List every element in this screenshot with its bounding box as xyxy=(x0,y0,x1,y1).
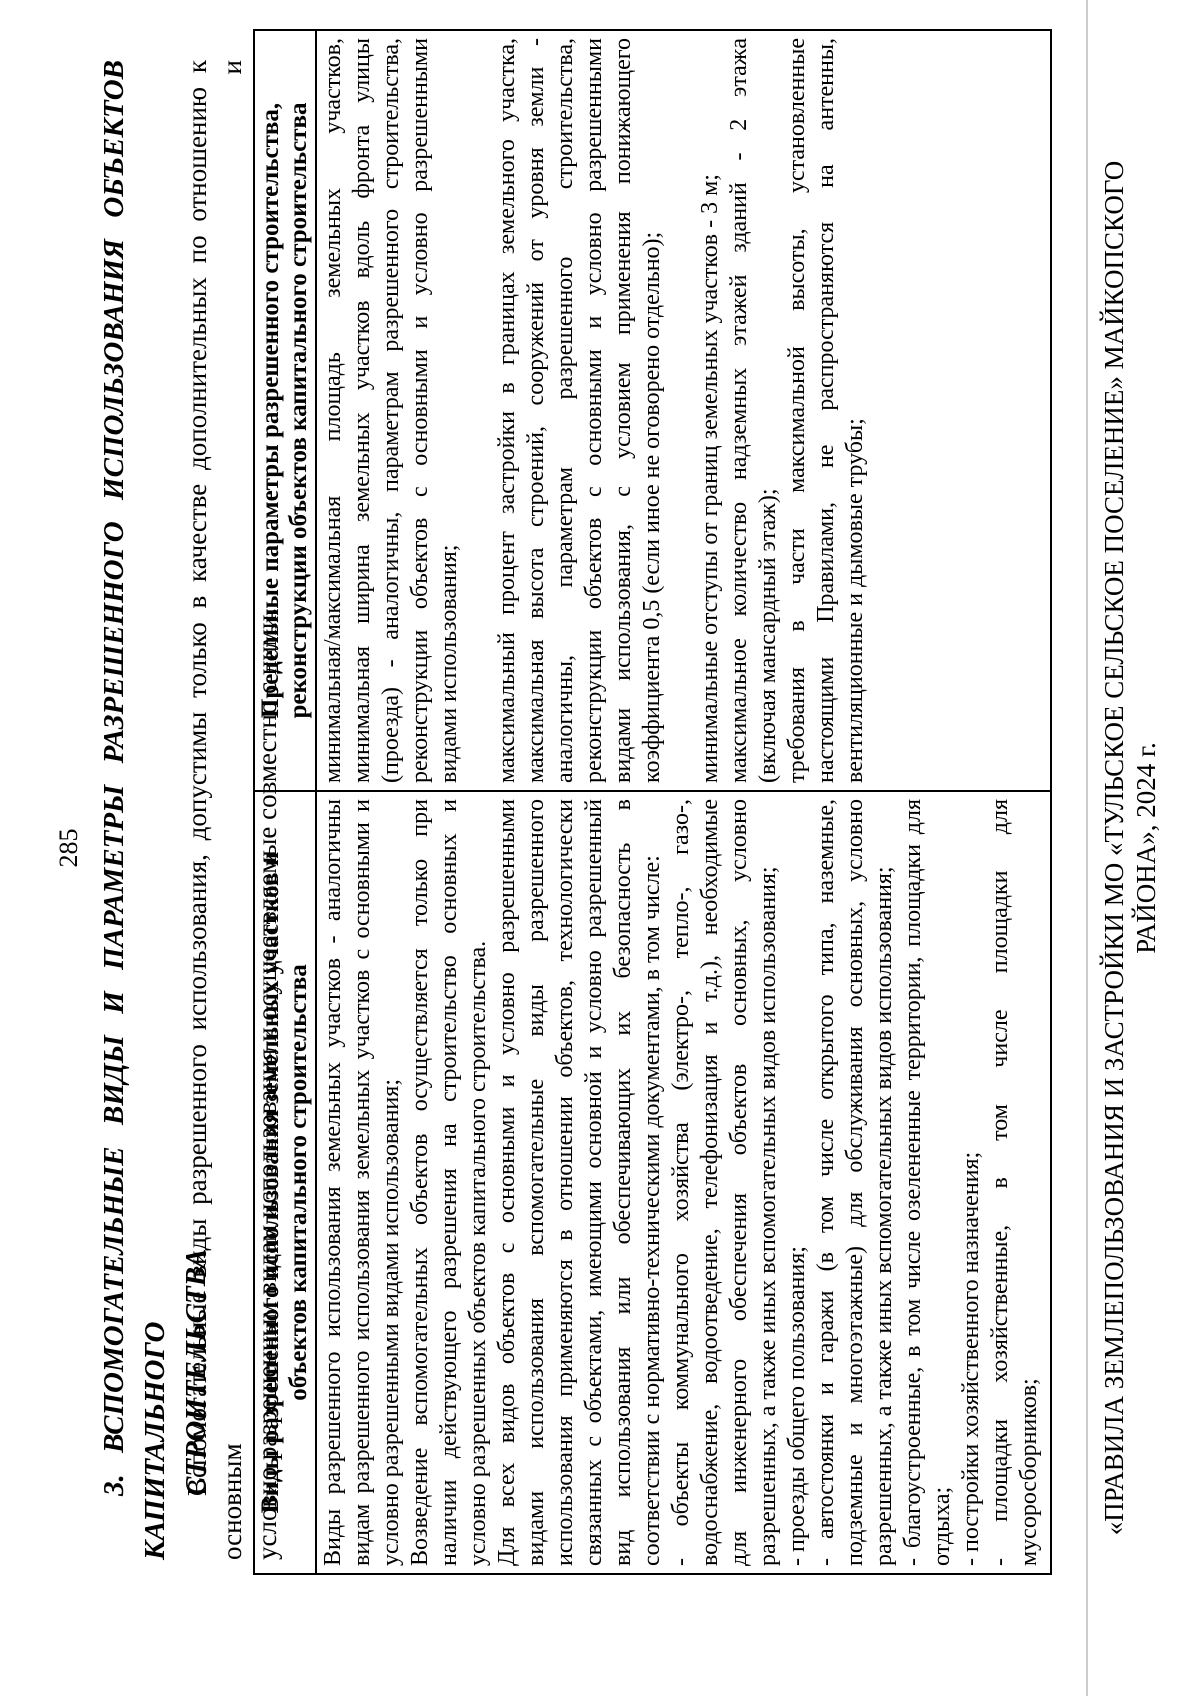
text-line: - благоустроенные, в том числе озелененн… xyxy=(899,799,928,1566)
text-line: Предельные параметры разрешенного строит… xyxy=(257,37,285,784)
text-line: видами использования; xyxy=(435,38,464,783)
text-line: разрешенных, а также иных вспомогательны… xyxy=(870,799,899,1566)
text-line: связанных с объектами, имеющими основной… xyxy=(580,799,609,1566)
text-line: минимальные отступы от границ земельных … xyxy=(696,38,725,783)
col-header-land-use-types: Виды разрешенного использования земельны… xyxy=(254,791,316,1574)
text-line: разрешенных, а также иных вспомогательны… xyxy=(754,799,783,1566)
text-line: Для всех видов объектов с основными и ус… xyxy=(493,799,522,1566)
text-line: (включая мансардный этаж); xyxy=(754,38,783,783)
text-line: - автостоянки и гаражи (в том числе откр… xyxy=(812,799,841,1566)
rotated-sheet: 285 3. ВСПОМОГАТЕЛЬНЫЕ ВИДЫ И ПАРАМЕТРЫ … xyxy=(0,0,1200,1696)
text-line: видами использования вспомогательные вид… xyxy=(522,799,551,1566)
text-line: Виды разрешенного использования земельны… xyxy=(319,799,348,1566)
text-line xyxy=(464,38,493,783)
text-line: аналогичны, параметрам разрешенного стро… xyxy=(551,38,580,783)
text-line: максимальный процент застройки в граница… xyxy=(493,38,522,783)
text-line: - проезды общего пользования; xyxy=(783,799,812,1566)
text-line: требования в части максимальной высоты, … xyxy=(783,38,812,783)
text-line: - площадки хозяйственные, в том числе пл… xyxy=(986,799,1015,1566)
text-line: Вспомогательные виды разрешенного исполь… xyxy=(180,60,250,1560)
cell-limit-parameters: минимальная/максимальная площадь земельн… xyxy=(316,30,1051,791)
text-line: подземные и многоэтажные) для обслуживан… xyxy=(841,799,870,1566)
text-line: максимальное количество надземных этажей… xyxy=(725,38,754,783)
text-line: объектов капитального строительства xyxy=(285,798,313,1567)
text-line: вид использования или обеспечивающих их … xyxy=(609,799,638,1566)
text-line: для инженерного обеспечения объектов осн… xyxy=(725,799,754,1566)
text-line: коэффициента 0,5 (если иное не оговорено… xyxy=(638,38,667,783)
scan-artifact-line xyxy=(1086,0,1088,1696)
text-line: максимальная высота строений, сооружений… xyxy=(522,38,551,783)
parameters-table: Виды разрешенного использования земельны… xyxy=(253,29,1052,1575)
text-line xyxy=(667,38,696,783)
text-line: реконструкции объектов с основными и усл… xyxy=(406,38,435,783)
scanned-page: { "page": { "number": "285", "footer": "… xyxy=(0,0,1200,1696)
text-line: (проезда) - аналогичны, параметрам разре… xyxy=(377,38,406,783)
text-line: мусоросборников; xyxy=(1015,799,1044,1566)
text-line: отдыха; xyxy=(928,799,957,1566)
text-line: вентиляционные и дымовые трубы; xyxy=(841,38,870,783)
text-line: водоснабжение, водоотведение, телефониза… xyxy=(696,799,725,1566)
table-body-row: Виды разрешенного использования земельны… xyxy=(316,30,1051,1574)
col-header-limit-parameters: Предельные параметры разрешенного строит… xyxy=(254,30,316,791)
text-line: реконструкции объектов с основными и усл… xyxy=(580,38,609,783)
text-line: реконструкции объектов капитального стро… xyxy=(285,37,313,784)
text-line: - объекты коммунального хозяйства (элект… xyxy=(667,799,696,1566)
text-line: наличии действующего разрешения на строи… xyxy=(435,799,464,1566)
text-line: использования применяются в отношении об… xyxy=(551,799,580,1566)
text-line: - постройки хозяйственного назначения; xyxy=(957,799,986,1566)
cell-land-use-types: Виды разрешенного использования земельны… xyxy=(316,791,1051,1574)
text-line: минимальная ширина земельных участков вд… xyxy=(348,38,377,783)
text-line: условно разрешенными видами использовани… xyxy=(377,799,406,1566)
text-line: видами использования, с условием примене… xyxy=(609,38,638,783)
text-line: минимальная/максимальная площадь земельн… xyxy=(319,38,348,783)
text-line: видам разрешенного использования земельн… xyxy=(348,799,377,1566)
text-line: настоящими Правилами, не распространяютс… xyxy=(812,38,841,783)
text-line: соответствии с нормативно-техническими д… xyxy=(638,799,667,1566)
text-line: условно разрешенных объектов капитальног… xyxy=(464,799,493,1566)
footer-title: «ПРАВИЛА ЗЕМЛЕПОЛЬЗОВАНИЯ И ЗАСТРОЙКИ МО… xyxy=(1098,98,1162,1598)
text-line: Возведение вспомогательных объектов осущ… xyxy=(406,799,435,1566)
page-number: 285 xyxy=(54,0,84,1696)
table-header-row: Виды разрешенного использования земельны… xyxy=(254,30,316,1574)
text-line: 3. ВСПОМОГАТЕЛЬНЫЕ ВИДЫ И ПАРАМЕТРЫ РАЗР… xyxy=(94,60,176,1560)
text-line: Виды разрешенного использования земельны… xyxy=(257,798,285,1567)
